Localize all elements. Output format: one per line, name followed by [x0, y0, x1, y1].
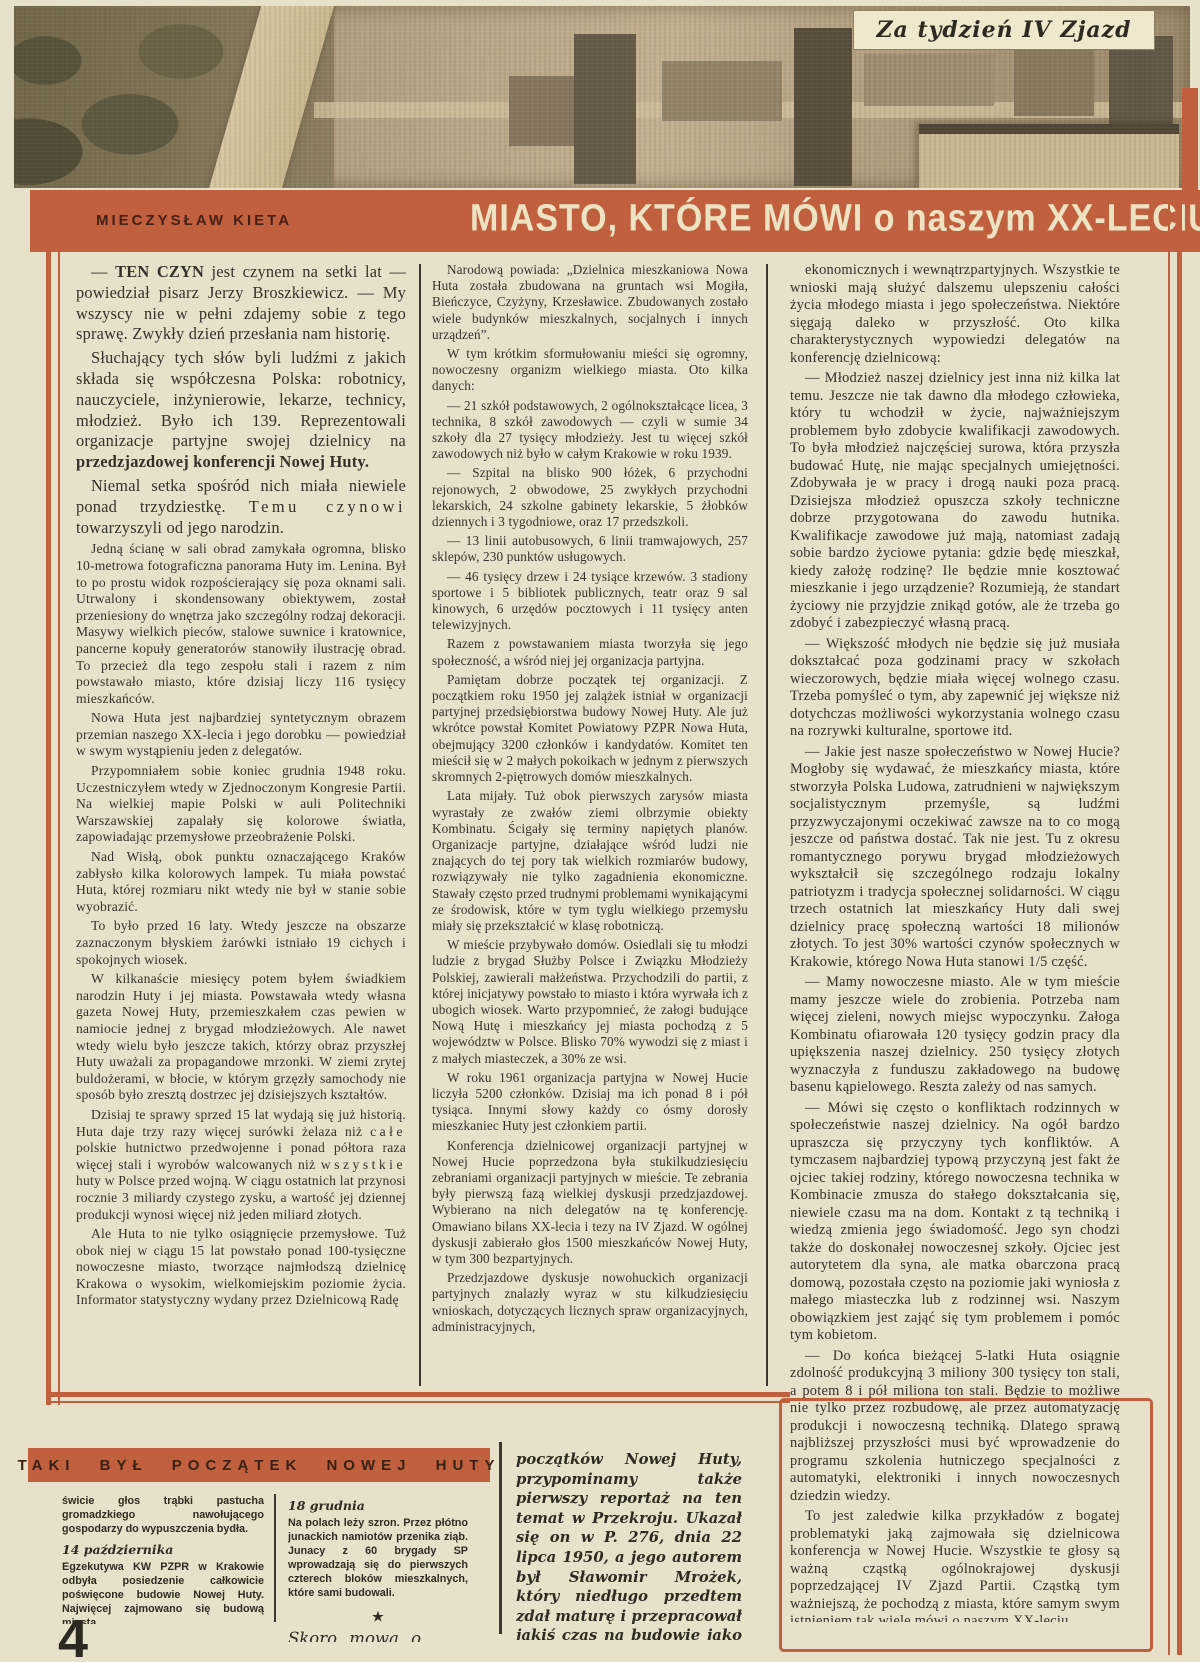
- chronicle-column-2: 18 grudniaNa polach leży szron. Przez pł…: [288, 1492, 468, 1642]
- paragraph: Nad Wisłą, obok punktu oznaczającego Kra…: [76, 849, 406, 915]
- paragraph: 18 grudnia: [288, 1499, 468, 1513]
- paragraph: — 13 linii autobusowych, 6 linii tramwaj…: [432, 533, 748, 565]
- bottom-outer-rule: [46, 1392, 790, 1397]
- paragraph: 14 października: [62, 1543, 264, 1557]
- paragraph: To było przed 16 laty. Wtedy jeszcze na …: [76, 918, 406, 968]
- paragraph: Razem z powstawaniem miasta tworzyła się…: [432, 636, 748, 668]
- right-inner-rule: [1168, 195, 1170, 1655]
- paragraph: Na polach leży szron. Przez płótno junac…: [288, 1516, 468, 1600]
- chronicle-heading: TAKI BYŁ POCZĄTEK NOWEJ HUTY: [18, 1457, 501, 1474]
- photo-right-red-edge: [1182, 88, 1198, 190]
- paragraph: — 21 szkół podstawowych, 2 ogólnokształc…: [432, 398, 748, 463]
- paragraph: W mieście przybywało domów. Osiedlali si…: [432, 937, 748, 1067]
- paragraph: ekonomicznych i wewnątrzpartyjnych. Wszy…: [790, 262, 1120, 367]
- photo-label: Za tydzień IV Zjazd: [853, 10, 1155, 50]
- paragraph: — TEN CZYN jest czynem na setki lat — po…: [76, 262, 406, 345]
- paragraph: Egzekutywa KW PZPR w Krakowie odbyła pos…: [62, 1560, 264, 1624]
- promo-italic-column: początków Nowej Huty, przypominamy także…: [516, 1450, 742, 1640]
- paragraph: Przedzjazdowe dyskusje nowohuckich organ…: [432, 1270, 748, 1335]
- paragraph: Ale Huta to nie tylko osiągnięcie przemy…: [76, 1226, 406, 1309]
- paragraph: — Młodzież naszej dzielnicy jest inna ni…: [790, 370, 1120, 633]
- article-column-1: — TEN CZYN jest czynem na setki lat — po…: [76, 262, 406, 1384]
- column-rule-2: [766, 264, 768, 1386]
- paragraph: W roku 1961 organizacja partyjna w Nowej…: [432, 1070, 748, 1135]
- paragraph: — 46 tysięcy drzew i 24 tysiące krzewów.…: [432, 569, 748, 634]
- paragraph: Pamiętam dobrze początek tej organizacji…: [432, 672, 748, 785]
- chronicle-divider: [274, 1494, 276, 1622]
- paragraph: Skoro mowa o historii: [288, 1632, 468, 1642]
- paragraph: — Szpital na blisko 900 łóżek, 6 przycho…: [432, 465, 748, 530]
- paragraph: świcie głos trąbki pastucha gromadzkiego…: [62, 1494, 264, 1536]
- paragraph: ★: [288, 1610, 468, 1624]
- page-title: MIASTO, KTÓRE MÓWI o naszym XX-LECIU: [470, 197, 1190, 241]
- paragraph: Słuchający tych słów byli ludźmi z jakic…: [76, 348, 406, 473]
- article-column-3: ekonomicznych i wewnątrzpartyjnych. Wszy…: [790, 262, 1120, 1622]
- paragraph: Nowa Huta jest najbardziej syntetycznym …: [76, 710, 406, 760]
- paragraph: — Mamy nowoczesne miasto. Ale w tym mieś…: [790, 974, 1120, 1097]
- promo-divider: [499, 1442, 502, 1634]
- paragraph: Przypomniałem sobie koniec grudnia 1948 …: [76, 763, 406, 846]
- paragraph: Jedną ścianę w sali obrad zamykała ogrom…: [76, 541, 406, 707]
- article-column-3-paragraphs: ekonomicznych i wewnątrzpartyjnych. Wszy…: [790, 262, 1120, 1622]
- paragraph: W tym krótkim sformułowaniu mieści się o…: [432, 346, 748, 395]
- left-outer-rule: [46, 195, 51, 1405]
- paragraph: — Większość młodych nie będzie się już m…: [790, 636, 1120, 741]
- paragraph: To jest zaledwie kilka przykładów z boga…: [790, 1508, 1120, 1622]
- paragraph: W kilkanaście miesięcy potem byłem świad…: [76, 971, 406, 1104]
- photo-label-text: Za tydzień IV Zjazd: [877, 17, 1132, 43]
- paragraph: Narodową powiada: „Dzielnica mieszkaniow…: [432, 262, 748, 343]
- right-outer-rule: [1177, 195, 1182, 1655]
- paragraph: — Jakie jest nasze społeczeństwo w Nowej…: [790, 744, 1120, 972]
- column-rule-1: [419, 264, 421, 1386]
- page-number: 4: [58, 1612, 88, 1662]
- article-column-2: Narodową powiada: „Dzielnica mieszkaniow…: [432, 262, 748, 1388]
- chronicle-heading-band: TAKI BYŁ POCZĄTEK NOWEJ HUTY: [28, 1448, 490, 1482]
- paragraph: Dzisiaj te sprawy sprzed 15 lat wydają s…: [76, 1107, 406, 1223]
- paragraph: — Do końca bieżącej 5-latki Huta osiągni…: [790, 1348, 1120, 1506]
- author-name: MIECZYSŁAW KIETA: [96, 212, 292, 229]
- paragraph: — Mówi się często o konfliktach rodzinny…: [790, 1100, 1120, 1345]
- paragraph: Lata mijały. Tuż obok pierwszych zarysów…: [432, 788, 748, 934]
- paragraph: Niemal setka spośród nich miała niewiele…: [76, 476, 406, 538]
- bottom-inner-rule: [46, 1401, 790, 1403]
- chronicle-column-1: świcie głos trąbki pastucha gromadzkiego…: [62, 1494, 264, 1624]
- paragraph: Konferencja dzielnicowej organizacji par…: [432, 1138, 748, 1268]
- left-inner-rule: [58, 195, 60, 1405]
